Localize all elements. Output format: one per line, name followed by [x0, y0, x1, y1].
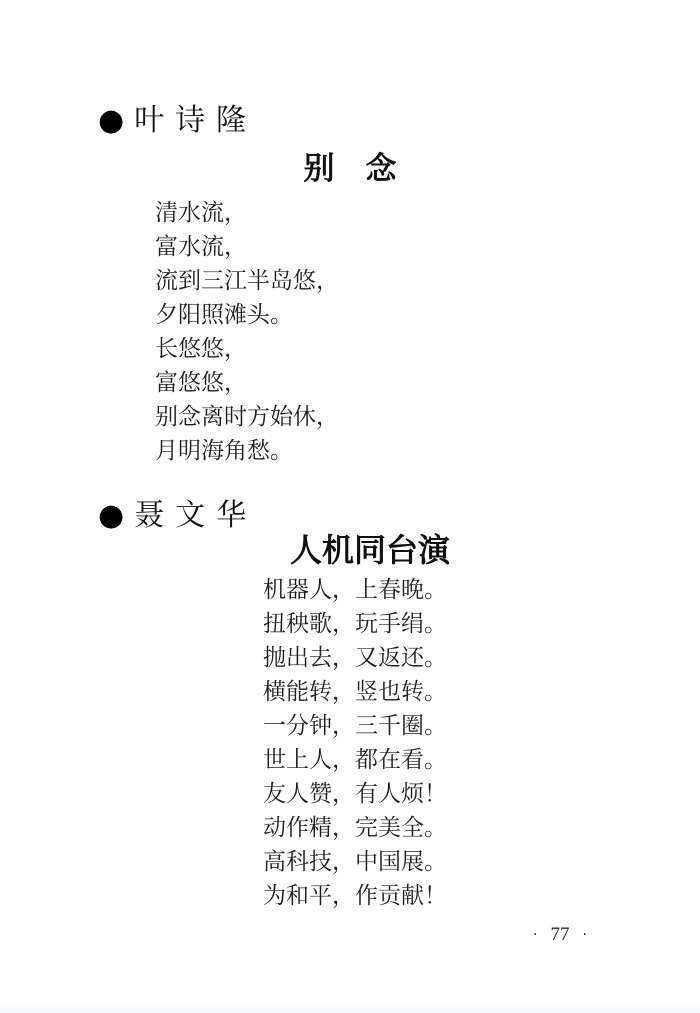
poem-line: 世上人，都在看。 [263, 743, 447, 777]
author-name: 叶诗隆 [134, 103, 257, 139]
poem-line: 富水流， [155, 230, 339, 264]
author-bullet-icon: ● [98, 106, 124, 136]
poem-author-block: ● 聂文华 [98, 498, 257, 534]
poem-line: 友人赞，有人烦！ [263, 777, 447, 811]
poem-line: 别念离时方始休， [155, 400, 339, 434]
poem-line: 动作精，完美全。 [263, 811, 447, 845]
page-number: · 77 · [533, 924, 587, 946]
poem-line: 月明海角愁。 [155, 434, 339, 468]
poem-line: 清水流， [155, 196, 339, 230]
scan-bottom-edge [0, 1007, 700, 1013]
book-page: ● 叶诗隆 别 念 清水流， 富水流， 流到三江半岛悠， 夕阳照滩头。 长悠悠，… [0, 0, 700, 1013]
poem-body: 清水流， 富水流， 流到三江半岛悠， 夕阳照滩头。 长悠悠， 富悠悠， 别念离时… [155, 196, 339, 468]
poem-line: 夕阳照滩头。 [155, 298, 339, 332]
poem-line: 横能转，竖也转。 [263, 675, 447, 709]
poem-title: 别 念 [0, 150, 700, 187]
poem-line: 流到三江半岛悠， [155, 264, 339, 298]
poem-author-block: ● 叶诗隆 [98, 103, 257, 139]
page-number-dot: · [533, 928, 537, 942]
poem-body: 机器人，上春晚。 扭秧歌，玩手绢。 抛出去，又返还。 横能转，竖也转。 一分钟，… [263, 573, 447, 913]
page-number-value: 77 [550, 924, 569, 946]
poem-line: 富悠悠， [155, 366, 339, 400]
poem-line: 为和平，作贡献！ [263, 879, 447, 913]
poem-line: 高科技，中国展。 [263, 845, 447, 879]
author-name: 聂文华 [134, 498, 257, 534]
poem-line: 长悠悠， [155, 332, 339, 366]
page-number-dot: · [582, 928, 586, 942]
author-bullet-icon: ● [98, 501, 124, 531]
poem-line: 扭秧歌，玩手绢。 [263, 607, 447, 641]
poem-title: 人机同台演 [20, 531, 700, 569]
poem-line: 抛出去，又返还。 [263, 641, 447, 675]
poem-line: 一分钟，三千圈。 [263, 709, 447, 743]
poem-line: 机器人，上春晚。 [263, 573, 447, 607]
